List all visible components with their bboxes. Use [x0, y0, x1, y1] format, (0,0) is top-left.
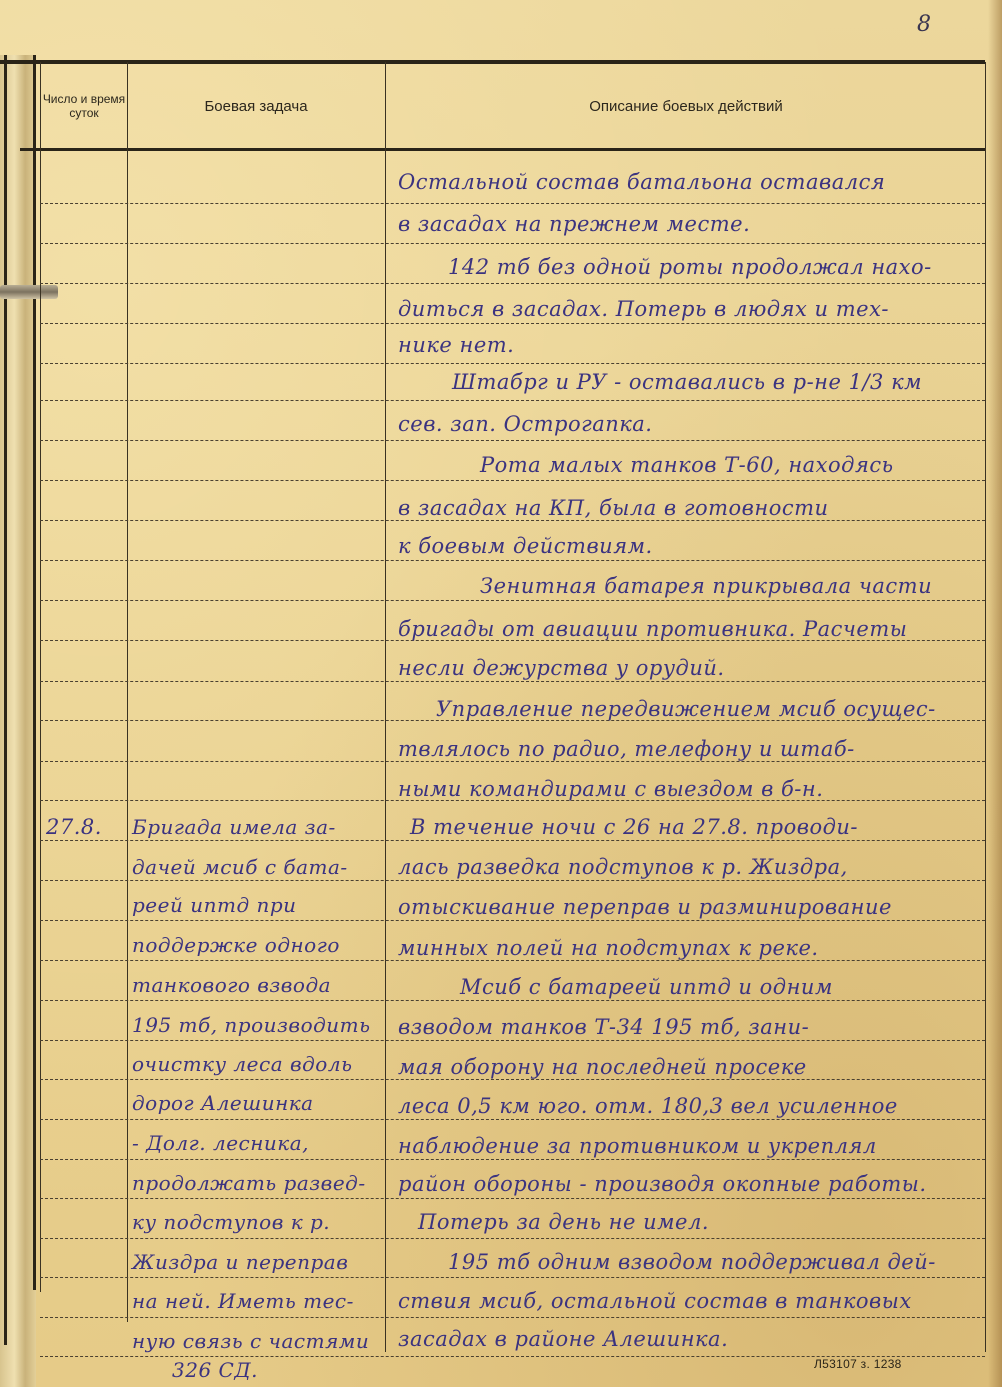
task-line: 195 тб, производить: [132, 1013, 371, 1037]
description-line: в засадах на КП, была в готовности: [398, 496, 829, 520]
task-line: ку подступов к р.: [132, 1210, 330, 1234]
task-line: дачей мсиб с бата-: [132, 855, 348, 879]
row-guide-line: [40, 363, 985, 364]
description-line: Потерь за день не имел.: [418, 1210, 709, 1234]
description-line: Остальной состав батальона оставался: [398, 170, 885, 194]
description-line: Рота малых танков Т-60, находясь: [480, 453, 894, 477]
page-edge-shadow: [988, 0, 1002, 1387]
description-line: несли дежурства у орудий.: [398, 656, 725, 680]
task-line: Жиздра и переправ: [132, 1250, 348, 1274]
task-line: - Долг. лесника,: [132, 1131, 309, 1155]
binding-tear: [0, 285, 58, 299]
column-border-time-task: [127, 62, 128, 1322]
row-guide-line: [40, 1000, 985, 1001]
header-bottom-rule: [20, 148, 985, 151]
description-line: Мсиб с батареей иптд и одним: [460, 975, 833, 999]
description-line: сев. зап. Острогапка.: [398, 412, 652, 436]
task-line: реей иптд при: [132, 893, 297, 917]
description-line: диться в засадах. Потерь в людях и тех-: [398, 297, 889, 321]
description-line: Зенитная батарея прикрывала части: [480, 574, 932, 598]
header-time: Число и время суток: [40, 64, 128, 148]
row-guide-line: [40, 1159, 985, 1160]
row-guide-line: [40, 560, 985, 561]
description-line: район обороны - производя окопные работы…: [398, 1172, 927, 1196]
row-guide-line: [40, 1317, 985, 1318]
description-line: засадах в районе Алешинка.: [398, 1327, 728, 1351]
binding-rule: [33, 55, 36, 1290]
row-guide-line: [40, 1119, 985, 1120]
description-line: в засадах на прежнем месте.: [398, 212, 750, 236]
description-line: отыскивание переправ и разминирование: [398, 895, 892, 919]
description-line: 142 тб без одной роты продолжал нахо-: [448, 255, 932, 279]
row-guide-line: [40, 243, 985, 244]
description-line: ствия мсиб, остальной состав в танковых: [398, 1289, 912, 1313]
row-guide-line: [40, 440, 985, 441]
task-line: продолжать развед-: [132, 1171, 366, 1195]
header-task: Боевая задача: [128, 64, 384, 148]
task-line: танкового взвода: [132, 973, 331, 997]
entry-date: 27.8.: [46, 815, 102, 839]
description-line: лась разведка подступов к р. Жиздра,: [398, 855, 848, 879]
description-line: ными командирами с выездом в б-н.: [398, 777, 823, 801]
column-border-time: [40, 62, 41, 1292]
row-guide-line: [40, 681, 985, 682]
description-line: мая оборону на последней просеке: [398, 1055, 807, 1079]
description-line: нике нет.: [398, 333, 514, 357]
task-line: дорог Алешинка: [132, 1091, 314, 1115]
description-line: твлялось по радио, телефону и штаб-: [398, 737, 855, 761]
row-guide-line: [40, 323, 985, 324]
row-guide-line: [40, 480, 985, 481]
row-guide-line: [40, 400, 985, 401]
row-guide-line: [40, 761, 985, 762]
description-line: взводом танков Т-34 195 тб, зани-: [398, 1015, 809, 1039]
description-line: к боевым действиям.: [398, 534, 653, 558]
task-line: на ней. Иметь тес-: [132, 1289, 354, 1313]
task-line: очистку леса вдоль: [132, 1052, 352, 1076]
row-guide-line: [40, 920, 985, 921]
task-line: ную связь с частями: [132, 1329, 369, 1353]
row-guide-line: [40, 283, 985, 284]
binding-rule: [4, 55, 7, 1345]
description-line: бригады от авиации противника. Расчеты: [398, 617, 907, 641]
task-line: поддержке одного: [132, 933, 340, 957]
description-line: наблюдение за противником и укреплял: [398, 1134, 877, 1158]
header-description: Описание боевых действий: [386, 64, 986, 148]
description-line: Штабрг и РУ - оставались в р-не 1/3 км: [452, 370, 922, 394]
description-line: минных полей на подступах к реке.: [398, 936, 819, 960]
row-guide-line: [40, 1040, 985, 1041]
column-border-right: [985, 62, 986, 1352]
page-number: 8: [917, 12, 931, 37]
row-guide-line: [40, 1277, 985, 1278]
description-line: леса 0,5 км юго. отм. 180,3 вел усиленно…: [398, 1094, 898, 1118]
description-line: 195 тб одним взводом поддерживал дей-: [448, 1250, 936, 1274]
task-line: 326 СД.: [172, 1358, 258, 1382]
row-guide-line: [40, 840, 985, 841]
form-print-code: Л53107 з. 1238: [814, 1357, 902, 1371]
row-guide-line: [40, 1198, 985, 1199]
row-guide-line: [40, 1238, 985, 1239]
row-guide-line: [40, 600, 985, 601]
row-guide-line: [40, 960, 985, 961]
row-guide-line: [40, 520, 985, 521]
task-line: Бригада имела за-: [132, 815, 336, 839]
description-line: Управление передвижением мсиб осущес-: [436, 697, 936, 721]
row-guide-line: [40, 203, 985, 204]
row-guide-line: [40, 880, 985, 881]
description-line: В течение ночи с 26 на 27.8. проводи-: [410, 815, 858, 839]
row-guide-line: [40, 1079, 985, 1080]
